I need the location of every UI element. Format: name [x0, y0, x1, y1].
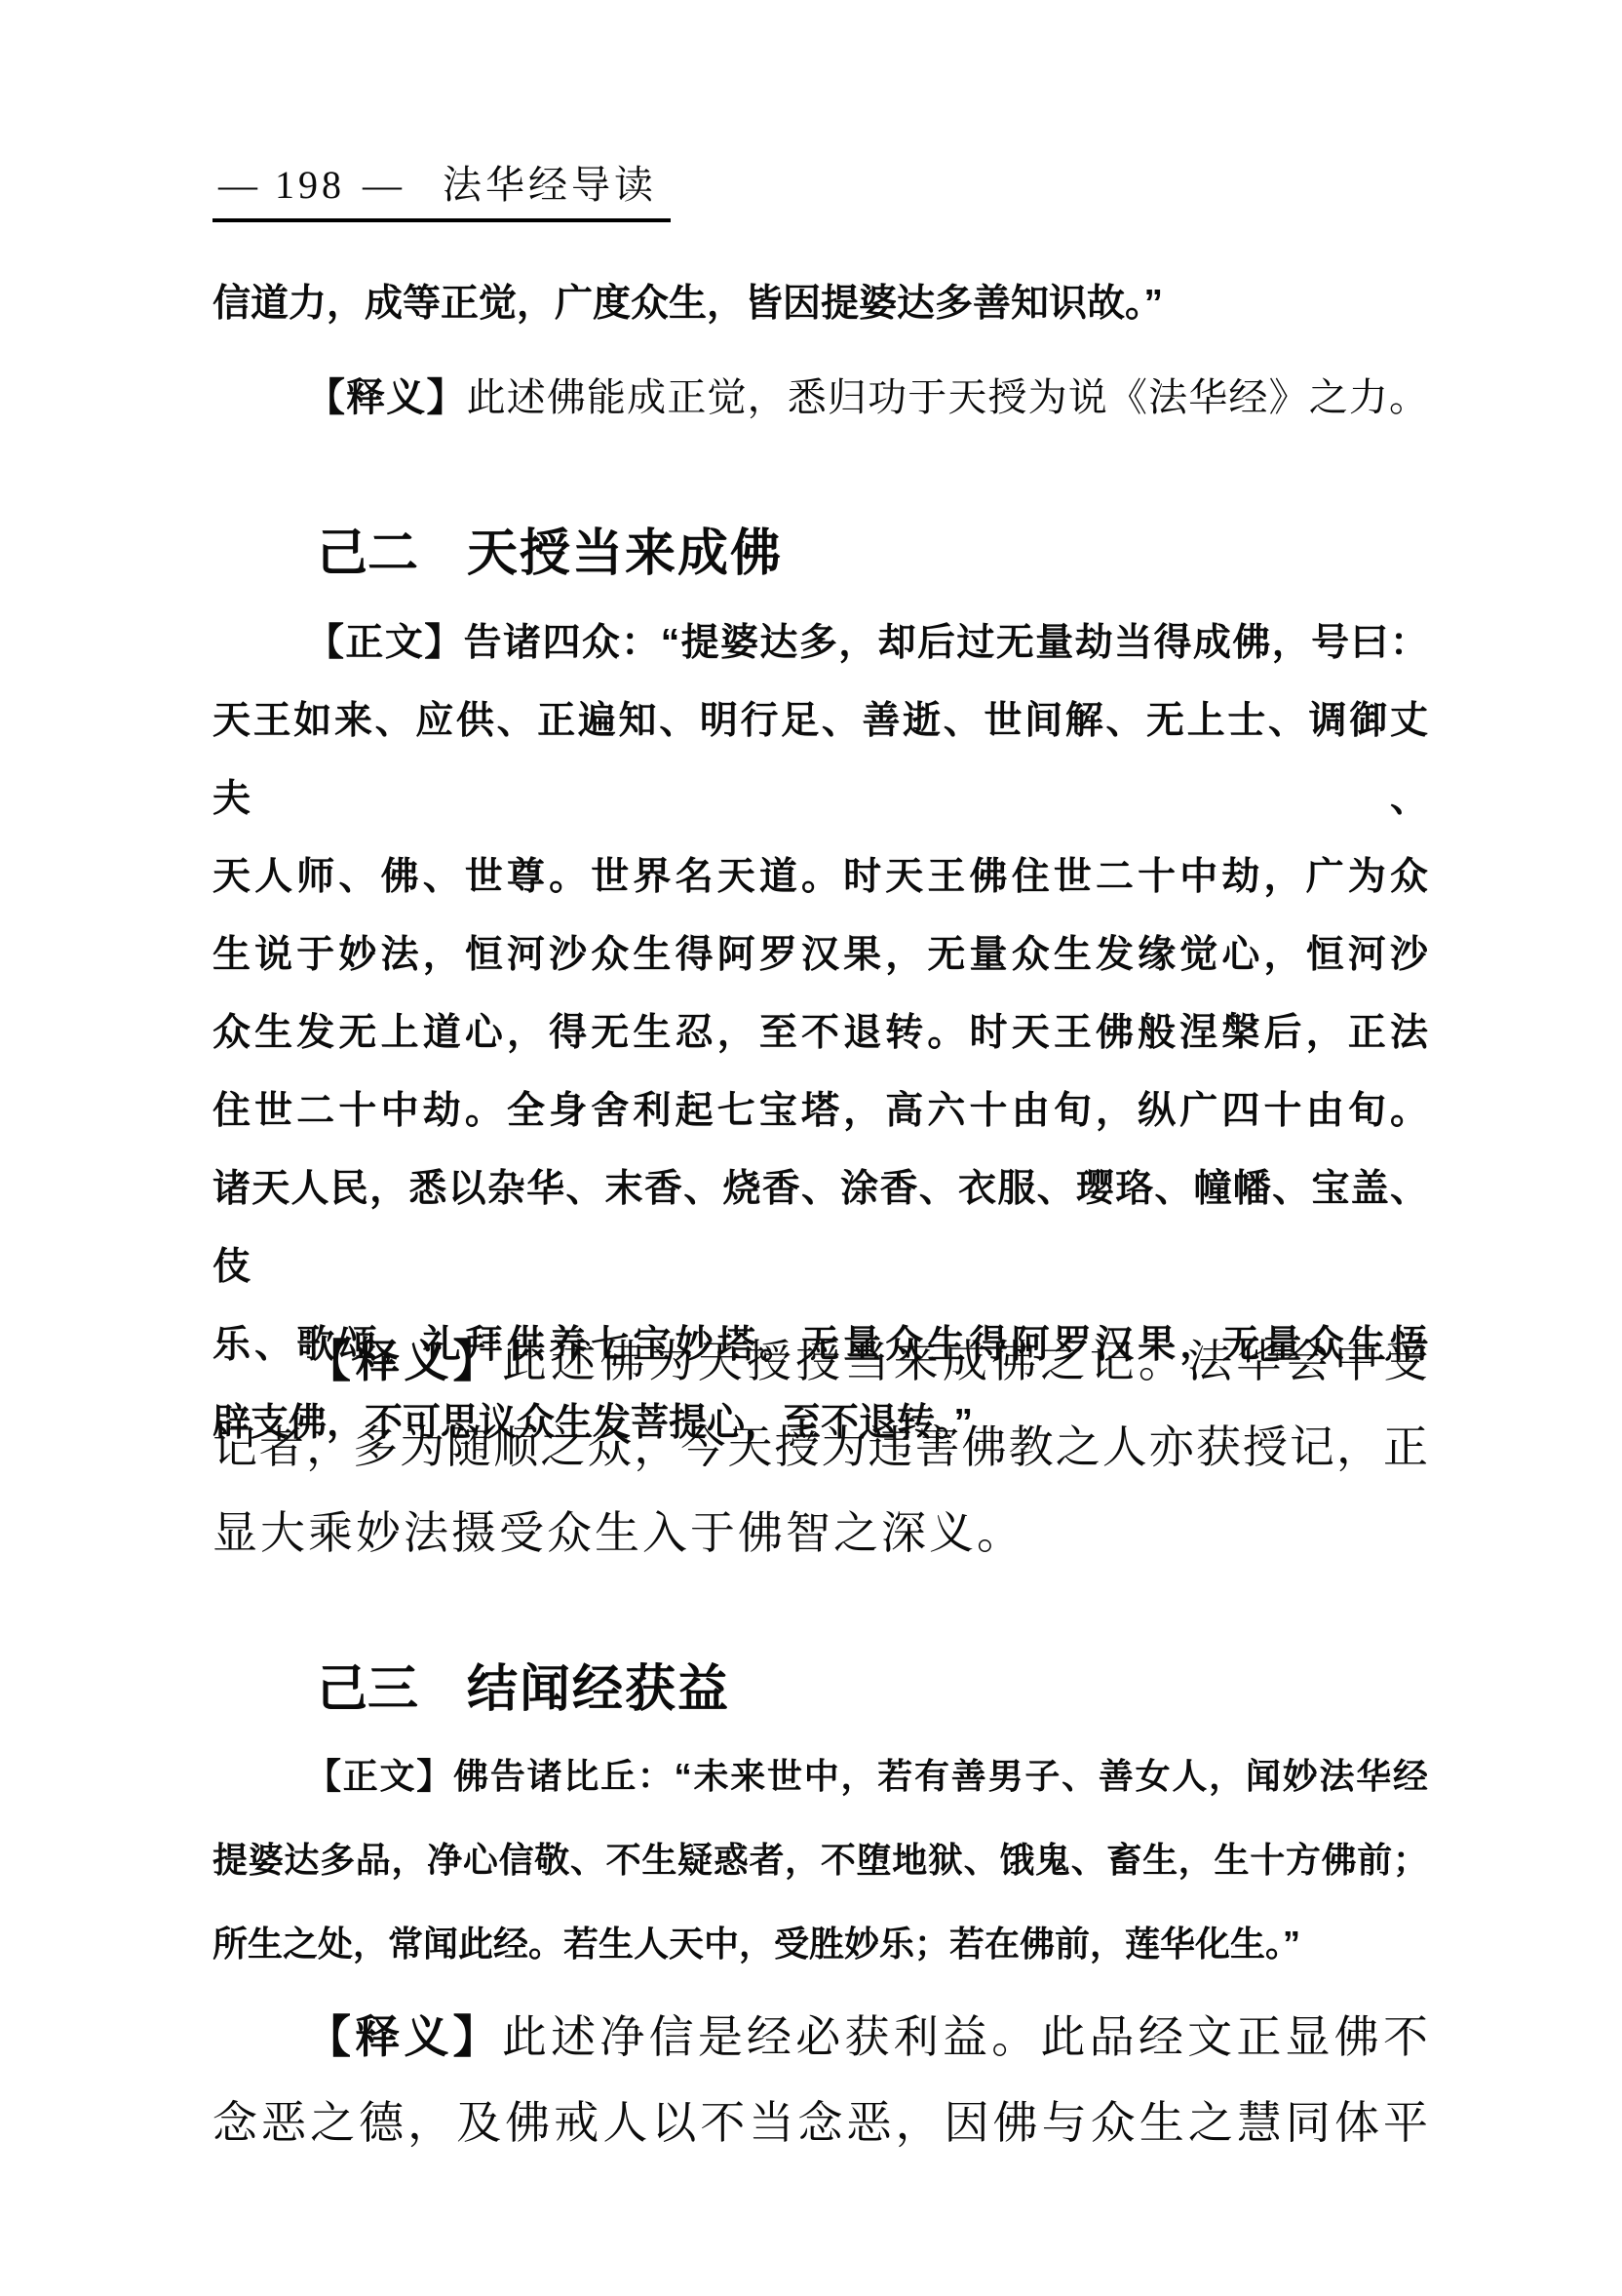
sutra-label: 【正文】: [306, 622, 464, 664]
paragraph-commentary-2: 【释义】此述佛为天授授当来成佛之记。法华会中受 记者，多为随顺之众，今天授为违害…: [212, 1319, 1428, 1576]
commentary-label: 【释义】: [306, 1337, 502, 1386]
text-line: 生说于妙法，恒河沙众生得阿罗汉果，无量众生发缘觉心，恒河沙: [212, 916, 1428, 994]
text-line: 所生之处，常闻此经。若生人天中，受胜妙乐；若在佛前，莲华化生。”: [212, 1902, 1428, 1986]
header-dash-right: —: [363, 162, 402, 209]
sutra-text: 告诸四众：“提婆达多，却后过无量劫当得成佛，号曰：: [464, 622, 1428, 664]
paragraph-commentary-3: 【释义】此述净信是经必获利益。此品经文正显佛不 念恶之德，及佛戒人以不当念恶，因…: [212, 1995, 1428, 2166]
sutra-label: 【正文】: [306, 1756, 453, 1796]
section-heading-2: 己三 结闻经获益: [317, 1651, 730, 1729]
page-number: 198: [275, 162, 345, 209]
text-line: 提婆达多品，净心信敬、不生疑惑者，不堕地狱、饿鬼、畜生，生十方佛前；: [212, 1818, 1428, 1902]
paragraph-commentary-1: 【释义】此述佛能成正觉，悉归功于天授为说《法华经》之力。: [212, 359, 1428, 437]
text-line: 【释义】此述佛能成正觉，悉归功于天授为说《法华经》之力。: [212, 359, 1428, 437]
text-line: 【释义】此述佛为天授授当来成佛之记。法华会中受: [212, 1319, 1428, 1405]
text-line: 【释义】此述净信是经必获利益。此品经文正显佛不: [212, 1995, 1428, 2081]
header-dash-left: —: [218, 162, 257, 209]
section-title: 结闻经获益: [467, 1651, 730, 1729]
sutra-text: 佛告诸比丘：“未来世中，若有善男子、善女人，闻妙法华经: [453, 1756, 1428, 1796]
commentary-label: 【释义】: [306, 2012, 502, 2062]
text-line: 念恶之德，及佛戒人以不当念恶，因佛与众生之慧同体平: [212, 2081, 1428, 2166]
commentary-label: 【释义】: [306, 375, 467, 419]
section-heading-1: 己二 天授当来成佛: [317, 515, 783, 593]
section-number: 己三: [317, 1651, 418, 1729]
page-header: — 198 — 法华经导读: [212, 162, 671, 222]
paragraph-sutra-2: 【正文】佛告诸比丘：“未来世中，若有善男子、善女人，闻妙法华经 提婆达多品，净心…: [212, 1734, 1428, 1986]
text-line: 信道力，成等正觉，广度众生，皆因提婆达多善知识故。”: [212, 265, 1428, 343]
commentary-text: 此述佛能成正觉，悉归功于天授为说《法华经》之力。: [467, 375, 1428, 419]
text-line: 诸天人民，悉以杂华、末香、烧香、涂香、衣服、璎珞、幢幡、宝盖、伎: [212, 1150, 1428, 1306]
book-page: — 198 — 法华经导读 信道力，成等正觉，广度众生，皆因提婆达多善知识故。”…: [0, 0, 1622, 2296]
text-line: 显大乘妙法摄受众生入于佛智之深义。: [212, 1491, 1428, 1576]
commentary-text: 此述佛为天授授当来成佛之记。法华会中受: [502, 1337, 1428, 1386]
text-line: 天王如来、应供、正遍知、明行足、善逝、世间解、无上士、调御丈夫、: [212, 682, 1428, 838]
section-title: 天授当来成佛: [467, 515, 783, 593]
text-line: 众生发无上道心，得无生忍，至不退转。时天王佛般涅槃后，正法: [212, 994, 1428, 1072]
text-line: 住世二十中劫。全身舍利起七宝塔，高六十由旬，纵广四十由旬。: [212, 1072, 1428, 1150]
commentary-text: 此述净信是经必获利益。此品经文正显佛不: [502, 2012, 1428, 2062]
text-line: 记者，多为随顺之众，今天授为违害佛教之人亦获授记，正: [212, 1405, 1428, 1491]
book-title: 法华经导读: [443, 162, 657, 209]
text-line: 天人师、佛、世尊。世界名天道。时天王佛住世二十中劫，广为众: [212, 838, 1428, 916]
section-number: 己二: [317, 515, 418, 593]
text-line: 【正文】告诸四众：“提婆达多，却后过无量劫当得成佛，号曰：: [212, 604, 1428, 682]
paragraph-sutra-carryover: 信道力，成等正觉，广度众生，皆因提婆达多善知识故。”: [212, 265, 1428, 343]
text-line: 【正文】佛告诸比丘：“未来世中，若有善男子、善女人，闻妙法华经: [212, 1734, 1428, 1818]
